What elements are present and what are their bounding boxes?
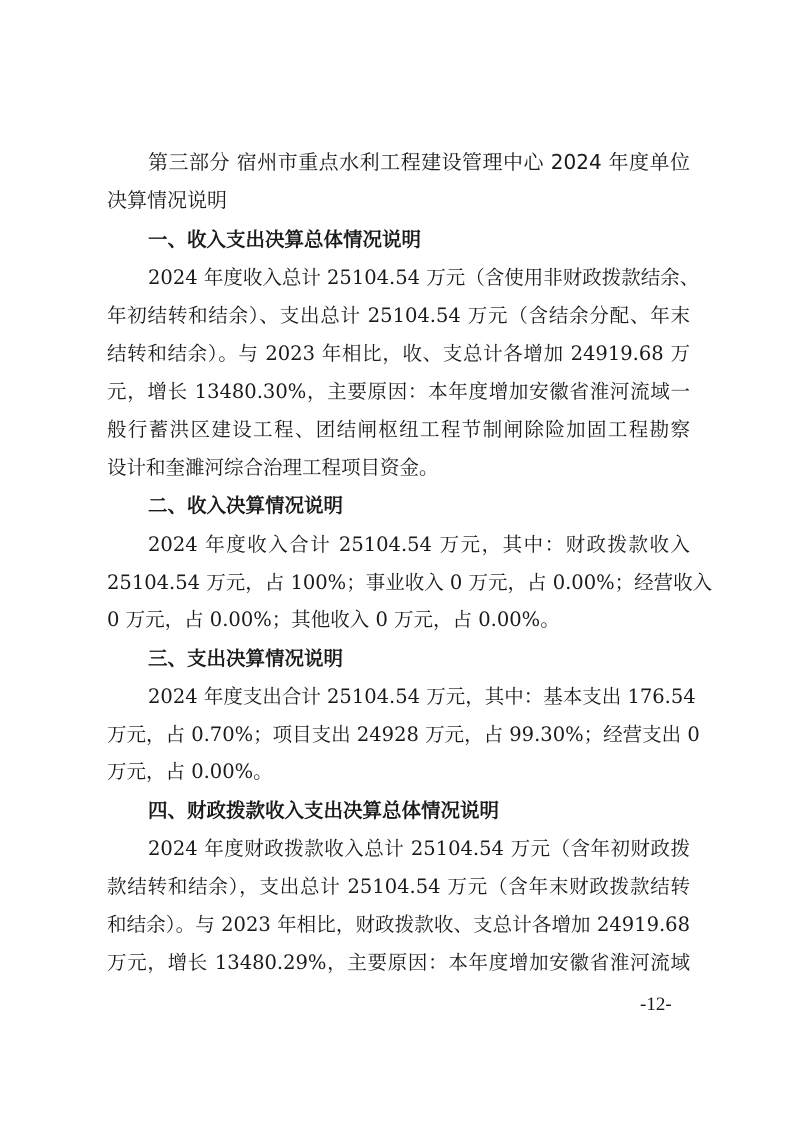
section-3-paragraph-line: 万元，占 0.00%。	[107, 758, 690, 786]
document-title-line-2: 决算情况说明	[107, 186, 690, 214]
section-1-paragraph-line: 年初结转和结余）、支出总计 25104.54 万元（含结余分配、年末	[107, 302, 690, 330]
section-2-paragraph-line: 0 万元，占 0.00%；其他收入 0 万元，占 0.00%。	[107, 606, 690, 634]
section-1-paragraph-line: 元，增长 13480.30%，主要原因：本年度增加安徽省淮河流域一	[107, 378, 690, 406]
section-1-paragraph-line: 2024 年度收入总计 25104.54 万元（含使用非财政拨款结余、	[148, 264, 690, 292]
section-4-heading: 四、财政拨款收入支出决算总体情况说明	[148, 797, 690, 825]
section-3-paragraph-line: 2024 年度支出合计 25104.54 万元，其中：基本支出 176.54	[148, 683, 690, 711]
section-1-paragraph-line: 设计和奎濉河综合治理工程项目资金。	[107, 454, 690, 482]
section-4-paragraph-line: 2024 年度财政拨款收入总计 25104.54 万元（含年初财政拨	[148, 835, 690, 863]
section-1-heading: 一、收入支出决算总体情况说明	[148, 226, 690, 254]
document-page: 第三部分 宿州市重点水利工程建设管理中心 2024 年度单位 决算情况说明 一、…	[0, 0, 793, 1122]
section-3-heading: 三、支出决算情况说明	[148, 645, 690, 673]
section-1-paragraph-line: 般行蓄洪区建设工程、团结闸枢纽工程节制闸除险加固工程勘察	[107, 416, 690, 444]
document-title-line-1: 第三部分 宿州市重点水利工程建设管理中心 2024 年度单位	[148, 148, 690, 176]
section-4-paragraph-line: 万元，增长 13480.29%，主要原因：本年度增加安徽省淮河流域	[107, 949, 690, 977]
section-3-paragraph-line: 万元，占 0.70%；项目支出 24928 万元，占 99.30%；经营支出 0	[107, 721, 690, 749]
section-4-paragraph-line: 款结转和结余），支出总计 25104.54 万元（含年末财政拨款结转	[107, 873, 690, 901]
page-number: -12-	[640, 994, 672, 1016]
section-2-paragraph-line: 25104.54 万元，占 100%；事业收入 0 万元，占 0.00%；经营收…	[107, 569, 690, 597]
section-2-paragraph-line: 2024 年度收入合计 25104.54 万元，其中：财政拨款收入	[148, 531, 690, 559]
section-2-heading: 二、收入决算情况说明	[148, 492, 690, 520]
section-1-paragraph-line: 结转和结余）。与 2023 年相比，收、支总计各增加 24919.68 万	[107, 340, 690, 368]
section-4-paragraph-line: 和结余）。与 2023 年相比，财政拨款收、支总计各增加 24919.68	[107, 911, 690, 939]
